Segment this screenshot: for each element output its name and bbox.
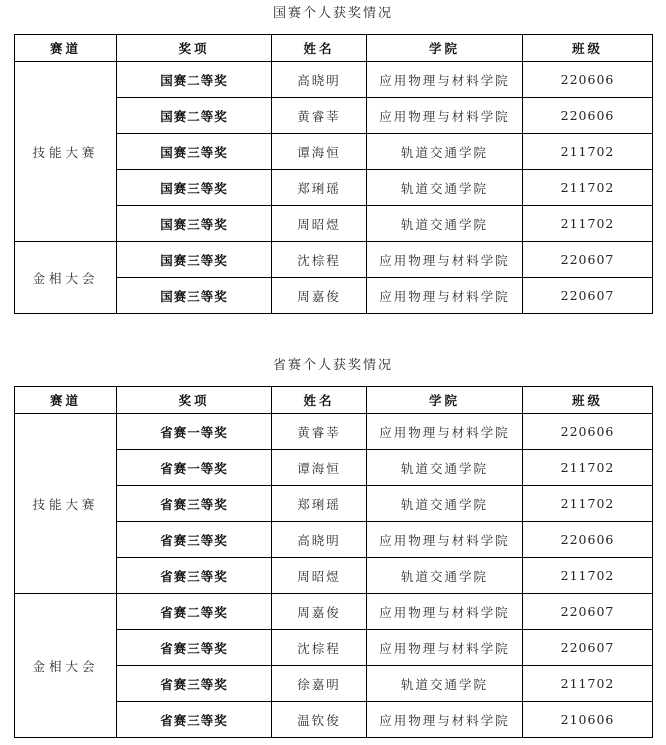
- award-cell: 省赛三等奖: [117, 522, 272, 558]
- name-cell: 沈棕程: [272, 630, 367, 666]
- award-cell: 国赛三等奖: [117, 242, 272, 278]
- class-cell: 220606: [523, 414, 653, 450]
- track-cell: 技能大赛: [15, 62, 117, 242]
- college-cell: 轨道交通学院: [367, 206, 523, 242]
- college-cell: 应用物理与材料学院: [367, 630, 523, 666]
- class-cell: 220607: [523, 278, 653, 314]
- track-cell: 技能大赛: [15, 414, 117, 594]
- provincial-awards-table: 赛道奖项姓名学院班级 技能大赛省赛一等奖黄睿莘应用物理与材料学院220606省赛…: [14, 386, 653, 738]
- name-cell: 郑琍瑶: [272, 170, 367, 206]
- column-header: 赛道: [15, 35, 117, 62]
- class-cell: 210606: [523, 702, 653, 738]
- college-cell: 应用物理与材料学院: [367, 62, 523, 98]
- header-row: 赛道奖项姓名学院班级: [15, 387, 653, 414]
- name-cell: 黄睿莘: [272, 98, 367, 134]
- track-cell: 金相大会: [15, 242, 117, 314]
- award-cell: 国赛二等奖: [117, 98, 272, 134]
- name-cell: 沈棕程: [272, 242, 367, 278]
- class-cell: 220606: [523, 62, 653, 98]
- class-cell: 211702: [523, 558, 653, 594]
- table-row: 技能大赛省赛一等奖黄睿莘应用物理与材料学院220606: [15, 414, 653, 450]
- college-cell: 轨道交通学院: [367, 558, 523, 594]
- column-header: 班级: [523, 35, 653, 62]
- college-cell: 轨道交通学院: [367, 450, 523, 486]
- class-cell: 211702: [523, 170, 653, 206]
- class-cell: 220606: [523, 522, 653, 558]
- award-cell: 省赛三等奖: [117, 558, 272, 594]
- name-cell: 周嘉俊: [272, 278, 367, 314]
- column-header: 学院: [367, 35, 523, 62]
- class-cell: 211702: [523, 134, 653, 170]
- class-cell: 211702: [523, 450, 653, 486]
- column-header: 奖项: [117, 35, 272, 62]
- college-cell: 轨道交通学院: [367, 666, 523, 702]
- college-cell: 应用物理与材料学院: [367, 594, 523, 630]
- class-cell: 220607: [523, 594, 653, 630]
- class-cell: 220606: [523, 98, 653, 134]
- column-header: 班级: [523, 387, 653, 414]
- award-cell: 省赛一等奖: [117, 450, 272, 486]
- award-cell: 省赛三等奖: [117, 666, 272, 702]
- name-cell: 徐嘉明: [272, 666, 367, 702]
- award-cell: 国赛三等奖: [117, 206, 272, 242]
- table-row: 金相大会国赛三等奖沈棕程应用物理与材料学院220607: [15, 242, 653, 278]
- column-header: 赛道: [15, 387, 117, 414]
- award-cell: 省赛三等奖: [117, 486, 272, 522]
- name-cell: 温钦俊: [272, 702, 367, 738]
- college-cell: 应用物理与材料学院: [367, 242, 523, 278]
- name-cell: 周昭煜: [272, 558, 367, 594]
- college-cell: 轨道交通学院: [367, 134, 523, 170]
- column-header: 姓名: [272, 35, 367, 62]
- provincial-awards-section: 省赛个人获奖情况 赛道奖项姓名学院班级 技能大赛省赛一等奖黄睿莘应用物理与材料学…: [14, 358, 652, 738]
- header-row: 赛道奖项姓名学院班级: [15, 35, 653, 62]
- national-awards-table: 赛道奖项姓名学院班级 技能大赛国赛二等奖高晓明应用物理与材料学院220606国赛…: [14, 34, 653, 314]
- college-cell: 应用物理与材料学院: [367, 414, 523, 450]
- college-cell: 应用物理与材料学院: [367, 98, 523, 134]
- name-cell: 谭海恒: [272, 134, 367, 170]
- class-cell: 220607: [523, 242, 653, 278]
- class-cell: 211702: [523, 666, 653, 702]
- document-page: 国赛个人获奖情况 赛道奖项姓名学院班级 技能大赛国赛二等奖高晓明应用物理与材料学…: [0, 0, 666, 738]
- column-header: 奖项: [117, 387, 272, 414]
- college-cell: 应用物理与材料学院: [367, 522, 523, 558]
- name-cell: 高晓明: [272, 62, 367, 98]
- college-cell: 应用物理与材料学院: [367, 278, 523, 314]
- class-cell: 211702: [523, 206, 653, 242]
- national-awards-title: 国赛个人获奖情况: [14, 6, 652, 22]
- award-cell: 国赛三等奖: [117, 278, 272, 314]
- award-cell: 省赛三等奖: [117, 702, 272, 738]
- award-cell: 省赛一等奖: [117, 414, 272, 450]
- column-header: 姓名: [272, 387, 367, 414]
- college-cell: 轨道交通学院: [367, 170, 523, 206]
- award-cell: 国赛三等奖: [117, 170, 272, 206]
- college-cell: 应用物理与材料学院: [367, 702, 523, 738]
- column-header: 学院: [367, 387, 523, 414]
- award-cell: 省赛二等奖: [117, 594, 272, 630]
- award-cell: 国赛三等奖: [117, 134, 272, 170]
- track-cell: 金相大会: [15, 594, 117, 738]
- provincial-awards-title: 省赛个人获奖情况: [14, 358, 652, 374]
- table-row: 金相大会省赛二等奖周嘉俊应用物理与材料学院220607: [15, 594, 653, 630]
- award-cell: 省赛三等奖: [117, 630, 272, 666]
- name-cell: 周嘉俊: [272, 594, 367, 630]
- class-cell: 220607: [523, 630, 653, 666]
- class-cell: 211702: [523, 486, 653, 522]
- name-cell: 黄睿莘: [272, 414, 367, 450]
- college-cell: 轨道交通学院: [367, 486, 523, 522]
- national-awards-section: 国赛个人获奖情况 赛道奖项姓名学院班级 技能大赛国赛二等奖高晓明应用物理与材料学…: [14, 6, 652, 314]
- table-row: 技能大赛国赛二等奖高晓明应用物理与材料学院220606: [15, 62, 653, 98]
- name-cell: 高晓明: [272, 522, 367, 558]
- name-cell: 郑琍瑶: [272, 486, 367, 522]
- name-cell: 谭海恒: [272, 450, 367, 486]
- name-cell: 周昭煜: [272, 206, 367, 242]
- award-cell: 国赛二等奖: [117, 62, 272, 98]
